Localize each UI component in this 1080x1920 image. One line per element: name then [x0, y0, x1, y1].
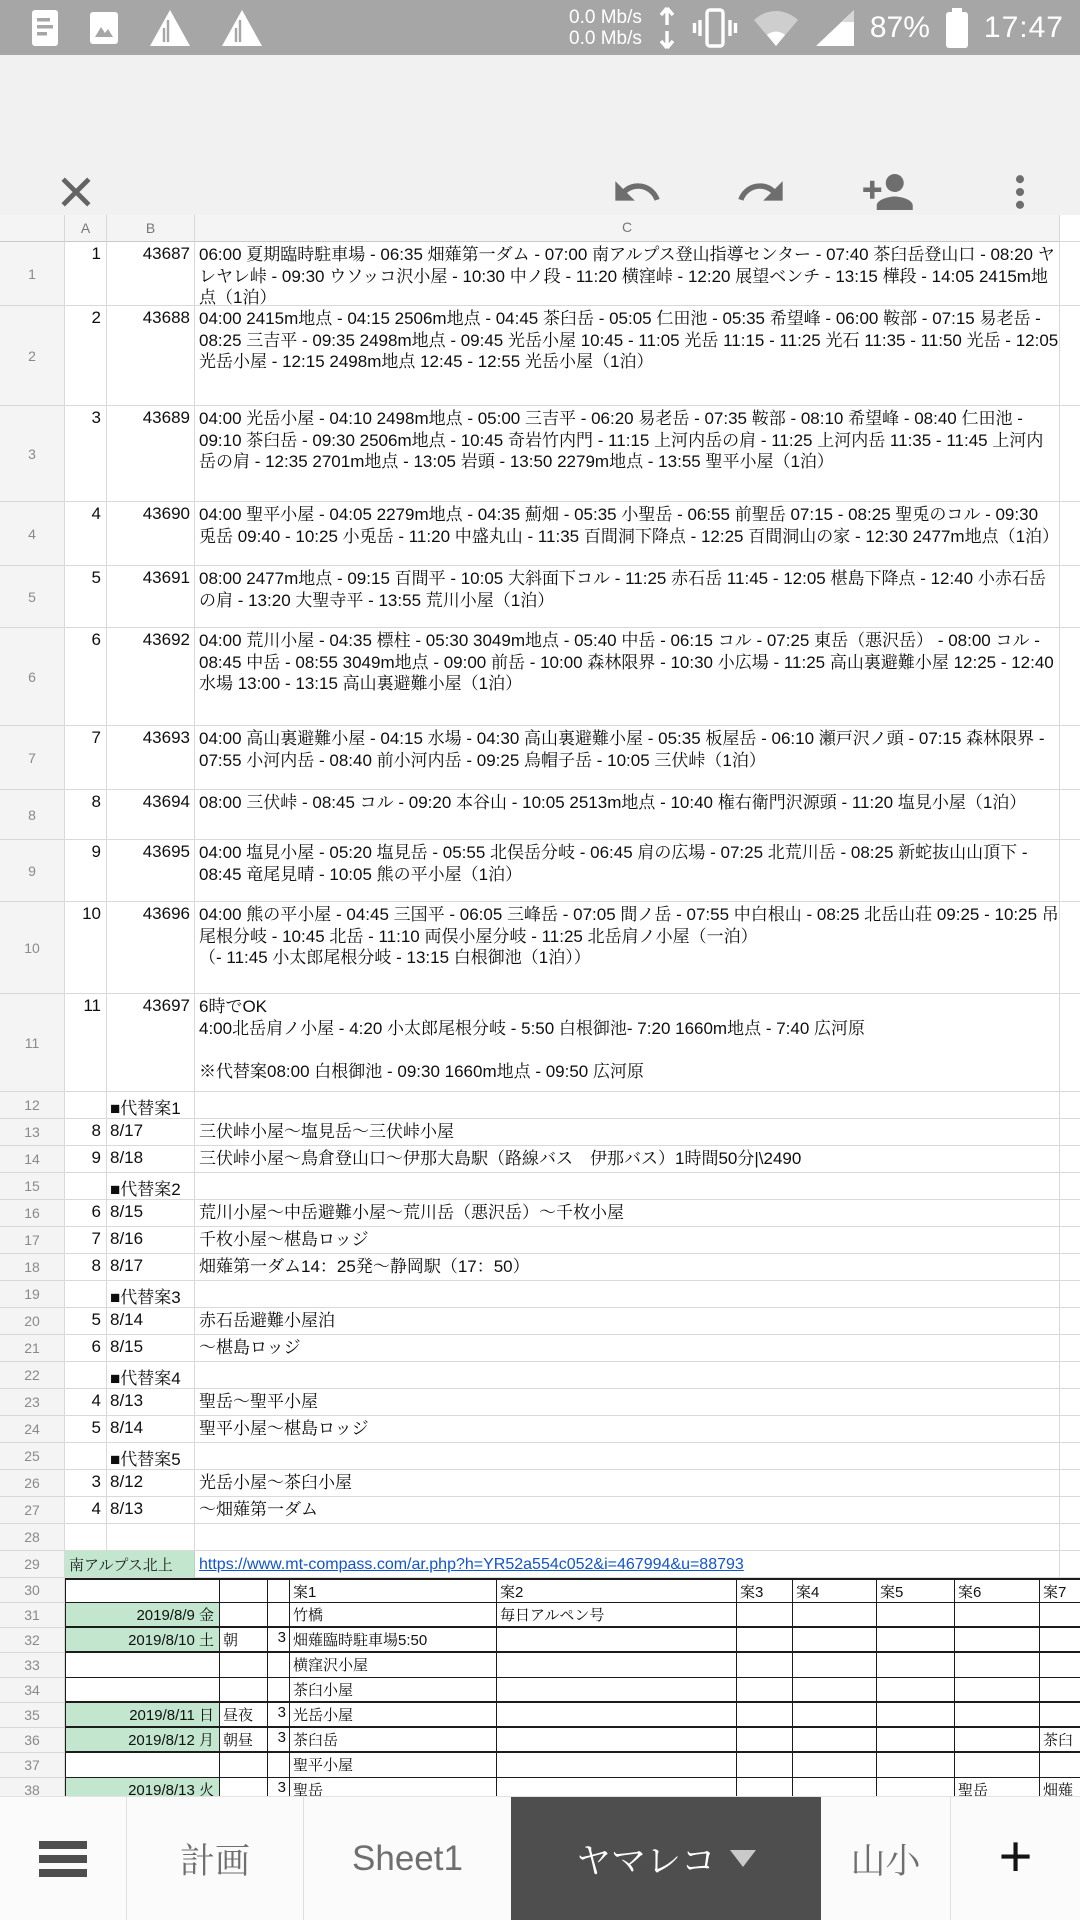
plan-option-header[interactable]: 案7 [1040, 1578, 1080, 1603]
grid-filler [1060, 790, 1080, 840]
plan-option3-cell[interactable] [737, 1653, 793, 1678]
tab-label: 計画 [180, 1834, 250, 1884]
plan-date-cell[interactable]: 2019/8/13 火 [65, 1778, 220, 1796]
col-c-cell[interactable]: ～椹島ロッジ [195, 1335, 1060, 1362]
col-c-cell[interactable]: 04:00 熊の平小屋 - 04:45 三国平 - 06:05 三峰岳 - 07… [195, 902, 1060, 994]
column-header-c[interactable]: C [195, 215, 1060, 242]
col-c-cell[interactable]: 04:00 聖平小屋 - 04:05 2279m地点 - 04:35 薊畑 - … [195, 502, 1060, 566]
sheet-row: 2058/14赤石岳避難小屋泊 [0, 1308, 1080, 1335]
sheet-row: 554369108:00 2477m地点 - 09:15 百間平 - 10:05… [0, 566, 1080, 628]
mountain-notification-icon [220, 8, 264, 48]
col-c-cell[interactable]: 光岳小屋～茶臼小屋 [195, 1470, 1060, 1497]
col-a-cell[interactable]: 2 [65, 306, 107, 406]
grid-filler [1060, 1335, 1080, 1362]
plan-timeofday-cell[interactable] [220, 1653, 268, 1678]
sheet-row: 15■代替案2 [0, 1173, 1080, 1200]
col-b-cell[interactable]: ■代替案5 [107, 1443, 195, 1470]
col-b-cell[interactable]: ■代替案3 [107, 1281, 195, 1308]
col-a-cell[interactable]: 4 [65, 1497, 107, 1524]
col-a-cell[interactable]: 6 [65, 1335, 107, 1362]
plan-timeofday-cell[interactable] [220, 1778, 268, 1796]
col-a-cell[interactable]: 8 [65, 790, 107, 840]
col-c-cell[interactable]: 04:00 荒川小屋 - 04:35 標柱 - 05:30 3049m地点 - … [195, 628, 1060, 726]
plan-option4-cell[interactable] [793, 1728, 877, 1753]
plan-date-cell[interactable] [65, 1678, 220, 1703]
col-c-cell[interactable]: 08:00 2477m地点 - 09:15 百間平 - 10:05 大斜面下コル… [195, 566, 1060, 628]
sheet-row: 12■代替案1 [0, 1092, 1080, 1119]
tab-label: ヤマレコ [576, 1834, 716, 1884]
row-number-cell[interactable]: 4 [0, 502, 65, 566]
row-number-cell[interactable]: 22 [0, 1362, 65, 1389]
col-b-cell[interactable]: ■代替案1 [107, 1092, 195, 1119]
map-compass-link[interactable]: https://www.mt-compass.com/ar.php?h=YR52… [199, 1556, 744, 1573]
col-c-cell[interactable]: ～畑薙第一ダム [195, 1497, 1060, 1524]
plan-option2-cell[interactable]: 毎日アルペン号 [497, 1603, 737, 1628]
row-number-cell[interactable]: 31 [0, 1603, 65, 1628]
plan-option4-cell[interactable] [793, 1628, 877, 1653]
col-b-cell[interactable]: 8/16 [107, 1227, 195, 1254]
plan-option4-cell[interactable] [793, 1703, 877, 1728]
plan-option7-cell[interactable] [1040, 1703, 1080, 1728]
sheet-row: 1498/18三伏峠小屋～鳥倉登山口～伊那大島駅（路線バス 伊那バス）1時間50… [0, 1146, 1080, 1173]
plan-row: 352019/8/11 日昼夜3光岳小屋 [0, 1703, 1080, 1728]
plan-count-cell[interactable] [268, 1653, 290, 1678]
plan-row: 33横窪沢小屋 [0, 1653, 1080, 1678]
row-number-cell[interactable]: 27 [0, 1497, 65, 1524]
row-number-cell[interactable]: 10 [0, 902, 65, 994]
col-b-cell[interactable]: 8/15 [107, 1335, 195, 1362]
plan-timeofday-cell[interactable] [220, 1578, 268, 1603]
plan-option-header[interactable]: 案5 [877, 1578, 955, 1603]
plan-option3-cell[interactable] [737, 1728, 793, 1753]
tab-keikaku[interactable]: 計画 [127, 1797, 303, 1920]
grid-filler [1060, 726, 1080, 790]
col-c-cell[interactable]: 千枚小屋～椹島ロッジ [195, 1227, 1060, 1254]
col-b-cell[interactable]: 43687 [107, 242, 195, 306]
plan-option2-cell[interactable] [497, 1778, 737, 1796]
column-header-row: A B C [0, 215, 1080, 242]
row-number-cell[interactable]: 16 [0, 1200, 65, 1227]
notification-icons [0, 8, 264, 48]
sheet-tab-bar: 計画 Sheet1 ヤマレコ 山小 + [0, 1796, 1080, 1920]
plan-mini-table: 30案1案2案3案4案5案6案7312019/8/9 金竹橋毎日アルペン号322… [0, 1578, 1080, 1796]
col-b-cell[interactable]: 43695 [107, 840, 195, 902]
sheet-row: 1668/15荒川小屋～中岳避難小屋～荒川岳（悪沢岳）～千枚小屋 [0, 1200, 1080, 1227]
plan-option4-cell[interactable] [793, 1603, 877, 1628]
plan-option7-cell[interactable] [1040, 1653, 1080, 1678]
plan-option2-cell[interactable] [497, 1703, 737, 1728]
plan-option1-cell[interactable]: 横窪沢小屋 [290, 1653, 497, 1678]
plan-option1-cell[interactable]: 畑薙臨時駐車場5:50 [290, 1628, 497, 1653]
row-number-cell[interactable]: 17 [0, 1227, 65, 1254]
plan-option7-cell[interactable] [1040, 1753, 1080, 1778]
col-b-cell[interactable]: 43690 [107, 502, 195, 566]
vibrate-icon [692, 7, 738, 49]
col-c-cell[interactable] [195, 1281, 1060, 1308]
plan-option7-cell[interactable] [1040, 1628, 1080, 1653]
col-a-cell[interactable]: 7 [65, 1227, 107, 1254]
tab-sheet1[interactable]: Sheet1 [304, 1797, 511, 1920]
col-b-cell[interactable]: 8/14 [107, 1416, 195, 1443]
plan-option1-cell[interactable]: 茶臼小屋 [290, 1678, 497, 1703]
plan-option1-cell[interactable]: 竹橋 [290, 1603, 497, 1628]
sheet-row: 2638/12光岳小屋～茶臼小屋 [0, 1470, 1080, 1497]
col-c-cell[interactable]: 畑薙第一ダム14：25発～静岡駅（17：50） [195, 1254, 1060, 1281]
plan-option5-cell[interactable] [877, 1703, 955, 1728]
row-number-cell[interactable]: 21 [0, 1335, 65, 1362]
col-a-cell[interactable] [65, 1281, 107, 1308]
col-a-cell[interactable]: 5 [65, 566, 107, 628]
col-a-cell[interactable]: 8 [65, 1119, 107, 1146]
row-number-cell[interactable]: 29 [0, 1551, 65, 1578]
upload-speed: 0.0 Mb/s [569, 7, 642, 28]
plan-option6-cell[interactable] [955, 1603, 1040, 1628]
plan-date-cell[interactable] [65, 1753, 220, 1778]
col-c-cell[interactable]: 聖岳～聖平小屋 [195, 1389, 1060, 1416]
col-b-cell[interactable]: ■代替案4 [107, 1362, 195, 1389]
col-a-cell[interactable]: 6 [65, 628, 107, 726]
col-c-cell[interactable]: 三伏峠小屋～鳥倉登山口～伊那大島駅（路線バス 伊那バス）1時間50分|\2490 [195, 1146, 1060, 1173]
column-header-b[interactable]: B [107, 215, 195, 242]
redo-button[interactable] [731, 162, 791, 222]
plan-option1-cell[interactable]: 聖平小屋 [290, 1753, 497, 1778]
col-a-cell[interactable]: 9 [65, 840, 107, 902]
sheet-row: 774369304:00 高山裏避難小屋 - 04:15 水場 - 04:30 … [0, 726, 1080, 790]
plan-option5-cell[interactable] [877, 1603, 955, 1628]
plan-option7-cell[interactable]: 茶臼 [1040, 1728, 1080, 1753]
plan-option6-cell[interactable] [955, 1678, 1040, 1703]
plan-option3-cell[interactable] [737, 1753, 793, 1778]
row-number-cell[interactable]: 2 [0, 306, 65, 406]
sheet-row: 994369504:00 塩見小屋 - 05:20 塩見岳 - 05:55 北俣… [0, 840, 1080, 902]
sheet-row: 224368804:00 2415m地点 - 04:15 2506m地点 - 0… [0, 306, 1080, 406]
col-c-cell[interactable]: 04:00 2415m地点 - 04:15 2506m地点 - 04:45 茶臼… [195, 306, 1060, 406]
clock: 17:47 [984, 11, 1064, 45]
plan-option4-cell[interactable] [793, 1778, 877, 1796]
row-number-cell[interactable]: 18 [0, 1254, 65, 1281]
plan-option5-cell[interactable] [877, 1778, 955, 1796]
row-number-cell[interactable]: 11 [0, 994, 65, 1092]
grid-filler [1060, 1524, 1080, 1551]
row-number-cell[interactable]: 38 [0, 1778, 65, 1796]
col-a-cell[interactable]: 3 [65, 406, 107, 502]
sheet-row: 1111436976時でOK 4:00北岳肩ノ小屋 - 4:20 小太郎尾根分岐… [0, 994, 1080, 1092]
col-b-cell[interactable]: 43689 [107, 406, 195, 502]
add-sheet-button[interactable]: + [951, 1797, 1080, 1920]
row-number-cell[interactable]: 6 [0, 628, 65, 726]
col-c-cell[interactable]: 荒川小屋～中岳避難小屋～荒川岳（悪沢岳）～千枚小屋 [195, 1200, 1060, 1227]
plan-option3-cell[interactable] [737, 1703, 793, 1728]
col-a-cell[interactable]: 5 [65, 1308, 107, 1335]
col-b-cell[interactable]: 43688 [107, 306, 195, 406]
col-b-cell[interactable]: 8/13 [107, 1497, 195, 1524]
grid-filler [1060, 242, 1080, 306]
col-c-cell[interactable] [195, 1092, 1060, 1119]
col-a-cell[interactable]: 9 [65, 1146, 107, 1173]
plan-timeofday-cell[interactable] [220, 1753, 268, 1778]
plan-count-cell[interactable]: 3 [268, 1728, 290, 1753]
plan-option7-cell[interactable] [1040, 1678, 1080, 1703]
row-number-cell[interactable]: 7 [0, 726, 65, 790]
column-header-a[interactable]: A [65, 215, 107, 242]
col-a-cell[interactable]: 5 [65, 1416, 107, 1443]
hamburger-icon [39, 1835, 87, 1883]
plan-option2-cell[interactable] [497, 1628, 737, 1653]
sheet-row: 1778/16千枚小屋～椹島ロッジ [0, 1227, 1080, 1254]
col-c-cell[interactable]: 04:00 塩見小屋 - 05:20 塩見岳 - 05:55 北俣岳分岐 - 0… [195, 840, 1060, 902]
row-number-cell[interactable]: 24 [0, 1416, 65, 1443]
col-a-cell[interactable]: 6 [65, 1200, 107, 1227]
col-a-cell[interactable]: 4 [65, 1389, 107, 1416]
sheet-row: 29南アルプス北上https://www.mt-compass.com/ar.p… [0, 1551, 1080, 1578]
grid-filler [1060, 1200, 1080, 1227]
row-number-cell[interactable]: 13 [0, 1119, 65, 1146]
undo-button[interactable] [607, 162, 667, 222]
col-c-cell[interactable]: 08:00 三伏峠 - 08:45 コル - 09:20 本谷山 - 10:05… [195, 790, 1060, 840]
row-number-cell[interactable]: 36 [0, 1728, 65, 1753]
plan-option3-cell[interactable] [737, 1603, 793, 1628]
grid-filler [1060, 1254, 1080, 1281]
grid-filler [1060, 1551, 1080, 1578]
row-number-cell[interactable]: 35 [0, 1703, 65, 1728]
col-c-cell[interactable]: 04:00 光岳小屋 - 04:10 2498m地点 - 05:00 三吉平 -… [195, 406, 1060, 502]
download-speed: 0.0 Mb/s [569, 28, 642, 49]
phone-screen: 0.0 Mb/s 0.0 Mb/s 87% 17:47 [0, 0, 1080, 1920]
col-b-cell[interactable]: 8/18 [107, 1146, 195, 1173]
col-b-cell[interactable]: 43691 [107, 566, 195, 628]
col-b-cell[interactable]: 43696 [107, 902, 195, 994]
battery-icon [944, 6, 970, 50]
col-c-cell[interactable]: 三伏峠小屋～塩見岳～三伏峠小屋 [195, 1119, 1060, 1146]
grid-filler [1060, 406, 1080, 502]
col-a-cell[interactable] [65, 1362, 107, 1389]
plan-option4-cell[interactable] [793, 1753, 877, 1778]
row-number-cell[interactable]: 33 [0, 1653, 65, 1678]
plan-option-header[interactable]: 案2 [497, 1578, 737, 1603]
row-number-cell[interactable]: 8 [0, 790, 65, 840]
col-b-cell[interactable]: 43694 [107, 790, 195, 840]
col-b-cell[interactable]: 43697 [107, 994, 195, 1092]
plan-option2-cell[interactable] [497, 1653, 737, 1678]
row-number-cell[interactable]: 37 [0, 1753, 65, 1778]
col-b-cell[interactable]: 8/12 [107, 1470, 195, 1497]
col-a-cell[interactable]: 10 [65, 902, 107, 994]
plan-date-cell[interactable] [65, 1578, 220, 1603]
plan-count-cell[interactable] [268, 1753, 290, 1778]
col-b-cell[interactable]: 43692 [107, 628, 195, 726]
plan-option6-cell[interactable] [955, 1703, 1040, 1728]
grid-filler [1060, 1281, 1080, 1308]
row-number-cell[interactable]: 20 [0, 1308, 65, 1335]
col-c-cell[interactable]: 赤石岳避難小屋泊 [195, 1308, 1060, 1335]
sheet-row: 25■代替案5 [0, 1443, 1080, 1470]
sheet-list-menu-button[interactable] [0, 1797, 126, 1920]
plan-option6-cell[interactable] [955, 1653, 1040, 1678]
plan-timeofday-cell[interactable]: 朝 [220, 1628, 268, 1653]
plan-row: 312019/8/9 金竹橋毎日アルペン号 [0, 1603, 1080, 1628]
plan-date-cell[interactable]: 2019/8/12 月 [65, 1728, 220, 1753]
col-a-cell[interactable]: 11 [65, 994, 107, 1092]
plan-option-header[interactable]: 案4 [793, 1578, 877, 1603]
plan-option2-cell[interactable] [497, 1728, 737, 1753]
col-a-cell[interactable] [65, 1443, 107, 1470]
col-a-cell[interactable]: 8 [65, 1254, 107, 1281]
col-a-cell[interactable] [65, 1173, 107, 1200]
col-b-cell[interactable]: 8/17 [107, 1119, 195, 1146]
plan-option5-cell[interactable] [877, 1653, 955, 1678]
row-number-cell[interactable]: 25 [0, 1443, 65, 1470]
plan-row: 322019/8/10 土朝3畑薙臨時駐車場5:50 [0, 1628, 1080, 1653]
col-c-cell[interactable]: 06:00 夏期臨時駐車場 - 06:35 畑薙第一ダム - 07:00 南アル… [195, 242, 1060, 306]
col-b-cell[interactable]: 8/17 [107, 1254, 195, 1281]
chevron-down-icon [730, 1850, 756, 1867]
col-c-cell[interactable] [195, 1173, 1060, 1200]
row-number-cell[interactable]: 34 [0, 1678, 65, 1703]
plan-option6-cell[interactable] [955, 1728, 1040, 1753]
plan-option4-cell[interactable] [793, 1678, 877, 1703]
plan-date-cell[interactable] [65, 1653, 220, 1678]
share-add-person-button[interactable] [858, 162, 918, 222]
plan-option5-cell[interactable] [877, 1628, 955, 1653]
grid-filler [1060, 902, 1080, 994]
grid-filler [1060, 306, 1080, 406]
col-a-cell[interactable]: 1 [65, 242, 107, 306]
grid-filler [1060, 1389, 1080, 1416]
undo-icon [611, 166, 663, 218]
plan-option7-cell[interactable] [1040, 1603, 1080, 1628]
plan-option1-cell[interactable]: 光岳小屋 [290, 1703, 497, 1728]
plan-date-cell[interactable]: 2019/8/11 日 [65, 1703, 220, 1728]
plan-count-cell[interactable]: 3 [268, 1628, 290, 1653]
col-b-cell[interactable]: 8/13 [107, 1389, 195, 1416]
plan-option7-cell[interactable]: 畑薙 [1040, 1778, 1080, 1796]
plan-option6-cell[interactable] [955, 1628, 1040, 1653]
row-number-cell[interactable]: 19 [0, 1281, 65, 1308]
plan-option5-cell[interactable] [877, 1753, 955, 1778]
sheet-row: 2168/15～椹島ロッジ [0, 1335, 1080, 1362]
grid-filler [1060, 994, 1080, 1092]
grid-filler [1060, 1119, 1080, 1146]
battery-percent: 87% [870, 11, 930, 45]
plan-option-header[interactable]: 案3 [737, 1578, 793, 1603]
grid-filler [1060, 1308, 1080, 1335]
row-number-cell[interactable]: 9 [0, 840, 65, 902]
plan-timeofday-cell[interactable] [220, 1678, 268, 1703]
col-c-cell[interactable]: 6時でOK 4:00北岳肩ノ小屋 - 4:20 小太郎尾根分岐 - 5:50 白… [195, 994, 1060, 1092]
plan-option5-cell[interactable] [877, 1728, 955, 1753]
row-number-cell[interactable]: 23 [0, 1389, 65, 1416]
plan-option3-cell[interactable] [737, 1628, 793, 1653]
plan-count-cell[interactable]: 3 [268, 1703, 290, 1728]
grid-filler [1060, 628, 1080, 726]
row-number-cell[interactable]: 14 [0, 1146, 65, 1173]
col-b-cell[interactable]: 8/14 [107, 1308, 195, 1335]
col-c-cell[interactable] [195, 1443, 1060, 1470]
note-notification-icon [30, 9, 60, 47]
tab-label: 山小 [850, 1834, 920, 1884]
status-bar: 0.0 Mb/s 0.0 Mb/s 87% 17:47 [0, 0, 1080, 55]
plan-row: 34茶臼小屋 [0, 1678, 1080, 1703]
grid-filler [1060, 1362, 1080, 1389]
col-a-cell[interactable]: 4 [65, 502, 107, 566]
col-c-cell[interactable] [195, 1362, 1060, 1389]
row-number-cell[interactable]: 12 [0, 1092, 65, 1119]
tab-yamagoya[interactable]: 山小 [821, 1797, 950, 1920]
grid-filler [1060, 1470, 1080, 1497]
col-a-cell[interactable] [65, 1092, 107, 1119]
row-number-cell[interactable]: 30 [0, 1578, 65, 1603]
plan-timeofday-cell[interactable] [220, 1603, 268, 1628]
grid-filler [1060, 1497, 1080, 1524]
sheet-row: 444369004:00 聖平小屋 - 04:05 2279m地点 - 04:3… [0, 502, 1080, 566]
plan-option-header[interactable]: 案6 [955, 1578, 1040, 1603]
plan-count-cell[interactable]: 3 [268, 1778, 290, 1796]
plan-option1-cell[interactable]: 茶臼岳 [290, 1728, 497, 1753]
plan-option2-cell[interactable] [497, 1753, 737, 1778]
col-b-cell[interactable]: 8/15 [107, 1200, 195, 1227]
row-number-cell[interactable]: 15 [0, 1173, 65, 1200]
col-a-cell[interactable]: 3 [65, 1470, 107, 1497]
sheet-row: 2348/13聖岳～聖平小屋 [0, 1389, 1080, 1416]
row-number-cell[interactable]: 26 [0, 1470, 65, 1497]
col-a-cell[interactable]: 7 [65, 726, 107, 790]
overflow-menu-button[interactable] [990, 162, 1050, 222]
row-number-cell[interactable]: 32 [0, 1628, 65, 1653]
sheet-row: 10104369604:00 熊の平小屋 - 04:45 三国平 - 06:05… [0, 902, 1080, 994]
plan-option3-cell[interactable] [737, 1778, 793, 1796]
plan-option6-cell[interactable]: 聖岳 [955, 1778, 1040, 1796]
grid-filler [1060, 840, 1080, 902]
col-b-cell[interactable]: ■代替案2 [107, 1173, 195, 1200]
grid-filler [1060, 1416, 1080, 1443]
network-speed: 0.0 Mb/s 0.0 Mb/s [569, 7, 642, 49]
row-number-cell[interactable]: 3 [0, 406, 65, 502]
plan-count-cell[interactable] [268, 1678, 290, 1703]
plan-option6-cell[interactable] [955, 1753, 1040, 1778]
col-c-cell[interactable]: 04:00 高山裏避難小屋 - 04:15 水場 - 04:30 高山裏避難小屋… [195, 726, 1060, 790]
plan-option4-cell[interactable] [793, 1653, 877, 1678]
row-number-cell[interactable]: 28 [0, 1524, 65, 1551]
col-a-cell[interactable] [65, 1524, 107, 1551]
corner-cell[interactable] [0, 215, 65, 242]
tab-yamareco-active[interactable]: ヤマレコ [511, 1797, 821, 1920]
plan-count-cell[interactable] [268, 1603, 290, 1628]
plan-option-header[interactable]: 案1 [290, 1578, 497, 1603]
plan-date-cell[interactable]: 2019/8/9 金 [65, 1603, 220, 1628]
col-b-cell[interactable] [107, 1524, 195, 1551]
plan-option2-cell[interactable] [497, 1678, 737, 1703]
plan-timeofday-cell[interactable]: 朝昼 [220, 1728, 268, 1753]
grid-filler [1060, 1146, 1080, 1173]
col-c-cell[interactable]: 聖平小屋～椹島ロッジ [195, 1416, 1060, 1443]
plan-count-cell[interactable] [268, 1578, 290, 1603]
col-b-cell[interactable]: 43693 [107, 726, 195, 790]
col-c-cell[interactable] [195, 1524, 1060, 1551]
toolbar [0, 55, 1080, 215]
row-number-cell[interactable]: 1 [0, 242, 65, 306]
plan-date-cell[interactable]: 2019/8/10 土 [65, 1628, 220, 1653]
sheet-row: 1888/17畑薙第一ダム14：25発～静岡駅（17：50） [0, 1254, 1080, 1281]
plan-timeofday-cell[interactable]: 昼夜 [220, 1703, 268, 1728]
plan-option1-cell[interactable]: 聖岳 [290, 1778, 497, 1796]
close-button[interactable] [46, 162, 106, 222]
plan-option3-cell[interactable] [737, 1678, 793, 1703]
col-c-cell[interactable]: https://www.mt-compass.com/ar.php?h=YR52… [195, 1551, 1060, 1578]
highlighted-label-cell[interactable]: 南アルプス北上 [65, 1551, 195, 1578]
image-notification-icon [88, 9, 120, 47]
plan-option5-cell[interactable] [877, 1678, 955, 1703]
row-number-cell[interactable]: 5 [0, 566, 65, 628]
